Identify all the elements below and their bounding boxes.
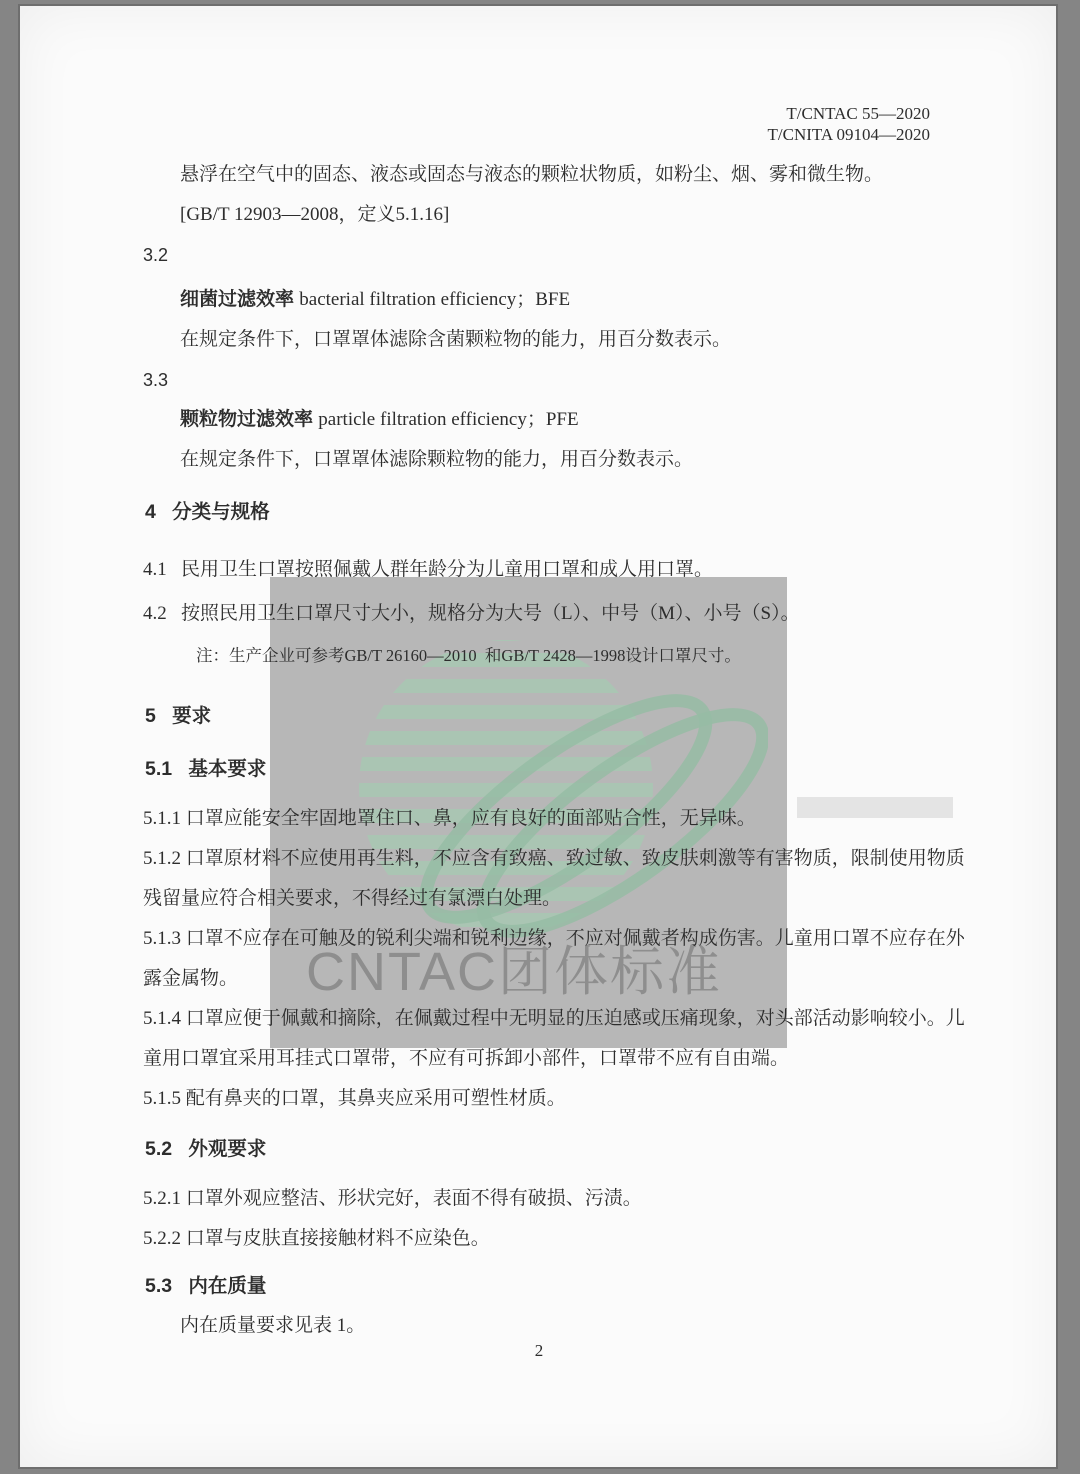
doc-line: 露金属物。 — [0, 959, 1080, 999]
doc-line: 5.2.2 口罩与皮肤直接接触材料不应染色。 — [0, 1219, 1080, 1259]
doc-line: 5.1.3 口罩不应存在可触及的锐利尖端和锐利边缘，不应对佩戴者构成伤害。儿童用… — [0, 919, 1080, 959]
doc-line: 4.1 民用卫生口罩按照佩戴人群年龄分为儿童用口罩和成人用口罩。 — [0, 550, 1080, 590]
standard-code-line: T/CNITA 09104—2020 — [768, 124, 931, 145]
document-body: 悬浮在空气中的固态、液态或固态与液态的颗粒状物质，如粉尘、烟、雾和微生物。[GB… — [0, 155, 1080, 1346]
doc-line: 童用口罩宜采用耳挂式口罩带，不应有可拆卸小部件，口罩带不应有自由端。 — [0, 1039, 1080, 1079]
term-en: particle filtration efficiency；PFE — [318, 409, 578, 430]
note-line: 注：生产企业可参考GB/T 26160—2010 和GB/T 2428—1998… — [0, 636, 1080, 676]
standard-codes-header: T/CNTAC 55—2020 T/CNITA 09104—2020 — [768, 103, 931, 145]
page-number: 2 — [0, 1341, 1078, 1361]
section-heading: 5.1 基本要求 — [0, 749, 1080, 789]
section-heading: 5.2 外观要求 — [0, 1129, 1080, 1169]
term-en: bacterial filtration efficiency；BFE — [299, 289, 570, 310]
doc-line: [GB/T 12903—2008，定义5.1.16] — [0, 195, 1080, 235]
section-heading: 5 要求 — [0, 696, 1080, 736]
term-definition-line: 颗粒物过滤效率 particle filtration efficiency；P… — [0, 400, 1080, 440]
section-heading: 5.3 内在质量 — [0, 1266, 1080, 1306]
doc-line: 5.2.1 口罩外观应整洁、形状完好，表面不得有破损、污渍。 — [0, 1179, 1080, 1219]
standard-code-line: T/CNTAC 55—2020 — [768, 103, 931, 124]
doc-line: 5.1.4 口罩应便于佩戴和摘除，在佩戴过程中无明显的压迫感或压痛现象，对头部活… — [0, 999, 1080, 1039]
doc-line: 在规定条件下，口罩罩体滤除含菌颗粒物的能力，用百分数表示。 — [0, 320, 1080, 360]
doc-line: 5.1.1 口罩应能安全牢固地罩住口、鼻，应有良好的面部贴合性，无异味。 — [0, 799, 1080, 839]
scanned-document-photo: CNTAC团体标准 T/CNTAC 55—2020 T/CNITA 09104—… — [0, 0, 1080, 1474]
term-zh: 颗粒物过滤效率 — [180, 409, 318, 430]
doc-line: 残留量应符合相关要求，不得经过有氯漂白处理。 — [0, 879, 1080, 919]
clause-number: 3.3 — [0, 360, 1080, 400]
section-heading: 4 分类与规格 — [0, 492, 1080, 532]
doc-line: 5.1.2 口罩原材料不应使用再生料，不应含有致癌、致过敏、致皮肤刺激等有害物质… — [0, 839, 1080, 879]
doc-line: 5.1.5 配有鼻夹的口罩，其鼻夹应采用可塑性材质。 — [0, 1079, 1080, 1119]
term-zh: 细菌过滤效率 — [180, 289, 299, 310]
doc-line: 内在质量要求见表 1。 — [0, 1306, 1080, 1346]
doc-line: 悬浮在空气中的固态、液态或固态与液态的颗粒状物质，如粉尘、烟、雾和微生物。 — [0, 155, 1080, 195]
term-definition-line: 细菌过滤效率 bacterial filtration efficiency；B… — [0, 280, 1080, 320]
doc-line: 4.2 按照民用卫生口罩尺寸大小，规格分为大号（L）、中号（M）、小号（S）。 — [0, 594, 1080, 634]
doc-line: 在规定条件下，口罩罩体滤除颗粒物的能力，用百分数表示。 — [0, 440, 1080, 480]
clause-number: 3.2 — [0, 235, 1080, 275]
